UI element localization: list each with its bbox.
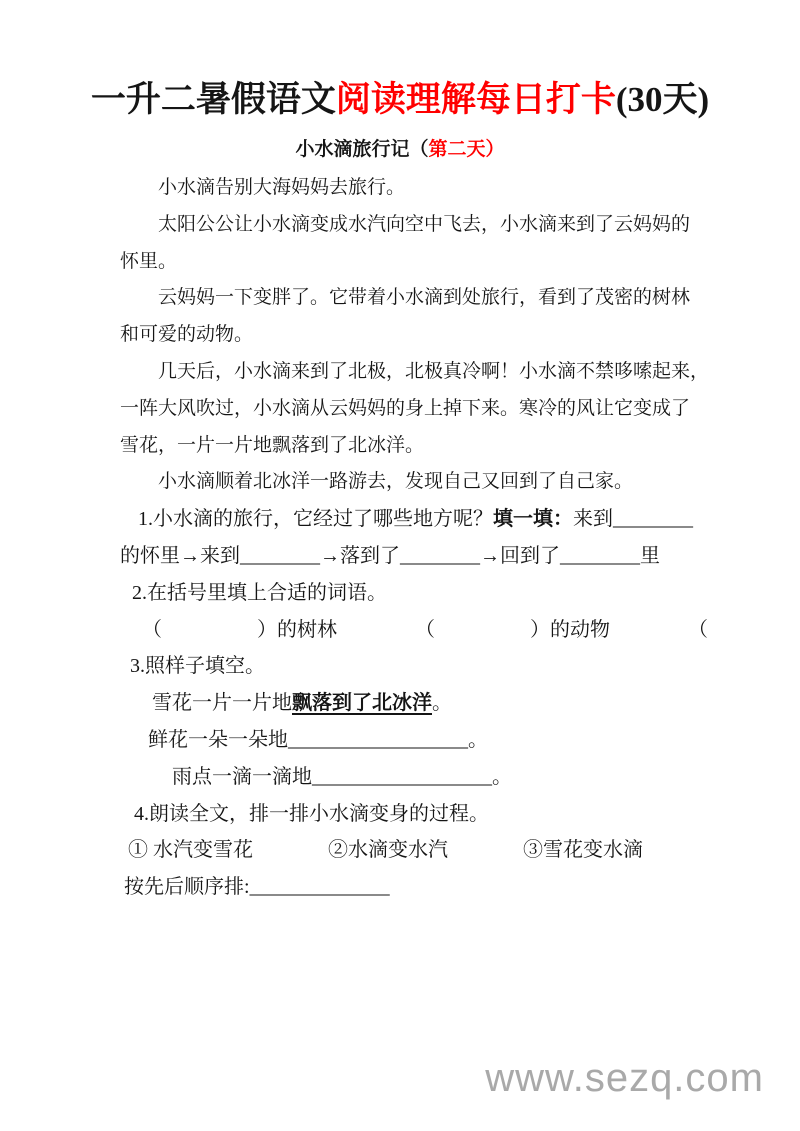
passage-title: 小水滴旅行记（第二天） bbox=[0, 136, 800, 164]
fill-blank: ________ bbox=[400, 545, 480, 567]
bracket-fill-item: （）的风 bbox=[688, 612, 800, 649]
story-line: 太阳公公让小水滴变成水汽向空中飞去，小水滴来到了云妈妈的 bbox=[120, 207, 700, 244]
story-line: 和可爱的动物。 bbox=[120, 317, 700, 354]
bracket-fill-item: （）的动物 bbox=[415, 612, 610, 649]
bracket-open: （ bbox=[688, 619, 708, 641]
question-4-title: 4.朗读全文，排一排小水滴变身的过程。 bbox=[120, 796, 700, 833]
question-3-fill-1: 鲜花一朵一朵地__________________。 bbox=[120, 722, 700, 759]
numbered-option: ③雪花变水滴 bbox=[523, 832, 643, 869]
question-1-line-2: 的怀里→来到________→落到了________→回到了________里 bbox=[120, 538, 700, 575]
question-3-example: 雪花一片一片地飘落到了北冰洋。 bbox=[120, 685, 700, 722]
bracket-open: （ bbox=[142, 619, 162, 641]
question-1-segment: 的怀里→来到 bbox=[120, 545, 240, 567]
example-pre: 雪花一片一片地 bbox=[152, 692, 292, 714]
answer-label: 按先后顺序排: bbox=[124, 876, 250, 898]
example-underlined: 飘落到了北冰洋 bbox=[292, 692, 432, 714]
question-1-segment: →落到了 bbox=[320, 545, 400, 567]
question-2-options: （）的树林 （）的动物 （）的风 bbox=[120, 612, 700, 649]
fill-blank: ________ bbox=[560, 545, 640, 567]
question-4-answer-line: 按先后顺序排:______________ bbox=[120, 869, 700, 906]
watermark: www.sezq.com bbox=[485, 1052, 764, 1104]
story-line: 小水滴顺着北冰洋一路游去，发现自己又回到了自己家。 bbox=[120, 464, 700, 501]
fill-blank: __________________ bbox=[312, 766, 492, 788]
numbered-option: ① 水汽变雪花 bbox=[128, 832, 253, 869]
title-black-right: (30天) bbox=[616, 80, 709, 119]
story-line: 几天后，小水滴来到了北极，北极真冷啊！小水滴不禁哆嗦起来， bbox=[120, 354, 700, 391]
question-1-line-1: 1.小水滴的旅行，它经过了哪些地方呢？填一填：来到________ bbox=[120, 501, 700, 538]
page-title: 一升二暑假语文阅读理解每日打卡(30天) bbox=[0, 76, 800, 124]
fill-blank: ________ bbox=[613, 508, 693, 530]
bracket-fill-item: （）的树林 bbox=[142, 612, 337, 649]
fill-pre: 雨点一滴一滴地 bbox=[172, 766, 312, 788]
fill-pre: 鲜花一朵一朵地 bbox=[148, 729, 288, 751]
passage-title-red: 第二天） bbox=[429, 139, 505, 160]
question-1-segment: →回到了 bbox=[480, 545, 560, 567]
passage-title-black: 小水滴旅行记（ bbox=[295, 139, 428, 160]
question-1-lead: 来到 bbox=[573, 508, 613, 530]
fill-blank: __________________ bbox=[288, 729, 468, 751]
title-red-middle: 阅读理解每日打卡 bbox=[336, 80, 616, 119]
question-1-segment: 里 bbox=[640, 545, 660, 567]
worksheet-page: 一升二暑假语文阅读理解每日打卡(30天) 小水滴旅行记（第二天） 小水滴告别大海… bbox=[0, 0, 800, 1131]
numbered-option: ②水滴变水汽 bbox=[328, 832, 448, 869]
story-line: 小水滴告别大海妈妈去旅行。 bbox=[120, 170, 700, 207]
question-1-prefix: 1.小水滴的旅行，它经过了哪些地方呢？ bbox=[138, 508, 493, 530]
title-black-left: 一升二暑假语文 bbox=[91, 80, 336, 119]
fill-post: 。 bbox=[492, 766, 512, 788]
story-line: 云妈妈一下变胖了。它带着小水滴到处旅行，看到了茂密的树林 bbox=[120, 280, 700, 317]
bracket-close-label: ）的动物 bbox=[530, 619, 610, 641]
question-4-options: ① 水汽变雪花 ②水滴变水汽 ③雪花变水滴 bbox=[120, 832, 700, 869]
fill-blank: ______________ bbox=[250, 876, 390, 898]
question-2-title: 2.在括号里填上合适的词语。 bbox=[120, 575, 700, 612]
question-3-fill-2: 雨点一滴一滴地__________________。 bbox=[120, 759, 700, 796]
example-post: 。 bbox=[432, 692, 452, 714]
fill-blank: ________ bbox=[240, 545, 320, 567]
story-line: 雪花，一片一片地飘落到了北冰洋。 bbox=[120, 428, 700, 465]
question-1-bold-instruction: 填一填： bbox=[493, 508, 573, 530]
story-line: 一阵大风吹过，小水滴从云妈妈的身上掉下来。寒冷的风让它变成了 bbox=[120, 391, 700, 428]
bracket-open: （ bbox=[415, 619, 435, 641]
question-3-title: 3.照样子填空。 bbox=[120, 648, 700, 685]
story-line: 怀里。 bbox=[120, 244, 700, 281]
bracket-close-label: ）的树林 bbox=[257, 619, 337, 641]
fill-post: 。 bbox=[468, 729, 488, 751]
worksheet-body: 小水滴告别大海妈妈去旅行。 太阳公公让小水滴变成水汽向空中飞去，小水滴来到了云妈… bbox=[120, 170, 700, 906]
